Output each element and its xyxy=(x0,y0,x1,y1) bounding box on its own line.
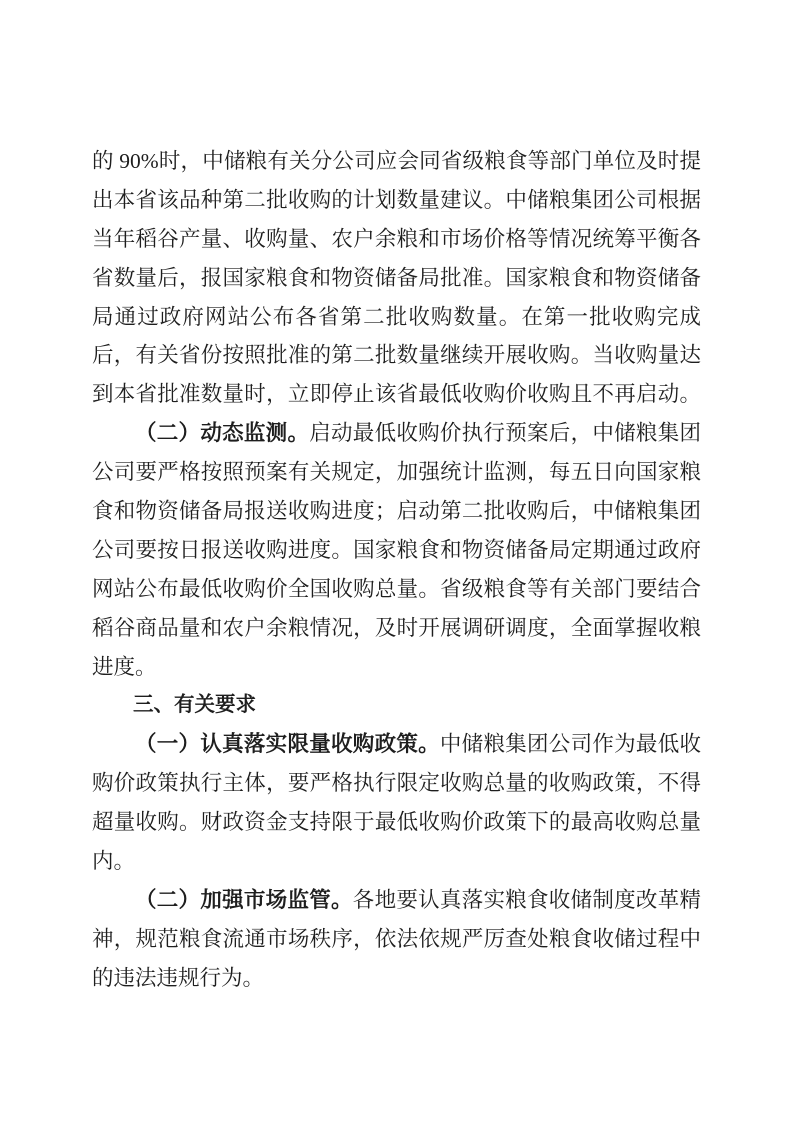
text-line-paragraph-end: 的违法违规行为。 xyxy=(92,959,701,998)
text-line-paragraph-end: 进度。 xyxy=(92,648,701,687)
line-text: 进度。 xyxy=(92,655,157,679)
line-text: 省数量后，报国家粮食和物资储备局批准。国家粮食和物资储备 xyxy=(92,266,701,290)
line-text: 超量收购。财政资金支持限于最低收购价政策下的最高收购总量 xyxy=(92,810,701,834)
text-line: 省数量后，报国家粮食和物资储备局批准。国家粮食和物资储备 xyxy=(92,259,701,298)
line-text: 出本省该品种第二批收购的计划数量建议。中储粮集团公司根据 xyxy=(92,188,701,212)
text-line: 超量收购。财政资金支持限于最低收购价政策下的最高收购总量 xyxy=(92,803,701,842)
line-text: 的 90%时，中储粮有关分公司应会同省级粮食等部门单位及时提 xyxy=(92,149,701,173)
line-text: 到本省批准数量时，立即停止该省最低收购价收购且不再启动。 xyxy=(92,382,701,406)
text-line: 食和物资储备局报送收购进度；启动第二批收购后，中储粮集团 xyxy=(92,492,701,531)
text-line: 局通过政府网站公布各省第二批收购数量。在第一批收购完成 xyxy=(92,298,701,337)
line-text: 公司要按日报送收购进度。国家粮食和物资储备局定期通过政府 xyxy=(92,538,701,562)
line-text: 启动最低收购价执行预案后，中储粮集团 xyxy=(309,421,701,445)
line-text: 稻谷商品量和农户余粮情况，及时开展调研调度，全面掌握收粮 xyxy=(92,616,701,640)
text-line: 公司要按日报送收购进度。国家粮食和物资储备局定期通过政府 xyxy=(92,531,701,570)
text-line: 神，规范粮食流通市场秩序，依法依规严厉查处粮食收储过程中 xyxy=(92,920,701,959)
text-line: 购价政策执行主体，要严格执行限定收购总量的收购政策，不得 xyxy=(92,764,701,803)
line-text: 内。 xyxy=(92,849,135,873)
line-text: 后，有关省份按照批准的第二批数量继续开展收购。当收购量达 xyxy=(92,343,701,367)
line-text: 购价政策执行主体，要严格执行限定收购总量的收购政策，不得 xyxy=(92,771,701,795)
run-in-heading: （二）动态监测。 xyxy=(135,421,309,445)
text-line: 网站公布最低收购价全国收购总量。省级粮食等有关部门要结合 xyxy=(92,570,701,609)
document-text-block: 的 90%时，中储粮有关分公司应会同省级粮食等部门单位及时提 出本省该品种第二批… xyxy=(92,142,701,998)
line-text: 的违法违规行为。 xyxy=(92,966,264,990)
line-text: 局通过政府网站公布各省第二批收购数量。在第一批收购完成 xyxy=(92,305,701,329)
line-text: 中储粮集团公司作为最低收 xyxy=(440,732,701,756)
text-line-paragraph-end: 内。 xyxy=(92,842,701,881)
text-line-paragraph-start: （一）认真落实限量收购政策。中储粮集团公司作为最低收 xyxy=(92,725,701,764)
text-line: 稻谷商品量和农户余粮情况，及时开展调研调度，全面掌握收粮 xyxy=(92,609,701,648)
run-in-heading: （一）认真落实限量收购政策。 xyxy=(135,732,440,756)
section-heading-text: 三、有关要求 xyxy=(133,693,256,716)
text-line-paragraph-start: （二）动态监测。启动最低收购价执行预案后，中储粮集团 xyxy=(92,414,701,453)
section-heading: 三、有关要求 xyxy=(92,686,701,725)
line-text: 当年稻谷产量、收购量、农户余粮和市场价格等情况统筹平衡各 xyxy=(92,227,701,251)
line-text: 各地要认真落实粮食收储制度改革精 xyxy=(353,888,701,912)
text-line: 到本省批准数量时，立即停止该省最低收购价收购且不再启动。 xyxy=(92,375,701,414)
text-line: 出本省该品种第二批收购的计划数量建议。中储粮集团公司根据 xyxy=(92,181,701,220)
text-line: 的 90%时，中储粮有关分公司应会同省级粮食等部门单位及时提 xyxy=(92,142,701,181)
line-text: 神，规范粮食流通市场秩序，依法依规严厉查处粮食收储过程中 xyxy=(92,927,701,951)
text-line: 公司要严格按照预案有关规定，加强统计监测，每五日向国家粮 xyxy=(92,453,701,492)
text-line-paragraph-start: （二）加强市场监管。各地要认真落实粮食收储制度改革精 xyxy=(92,881,701,920)
document-page: 的 90%时，中储粮有关分公司应会同省级粮食等部门单位及时提 出本省该品种第二批… xyxy=(0,0,793,1122)
line-text: 公司要严格按照预案有关规定，加强统计监测，每五日向国家粮 xyxy=(92,460,701,484)
line-text: 网站公布最低收购价全国收购总量。省级粮食等有关部门要结合 xyxy=(92,577,701,601)
text-line: 当年稻谷产量、收购量、农户余粮和市场价格等情况统筹平衡各 xyxy=(92,220,701,259)
line-text: 食和物资储备局报送收购进度；启动第二批收购后，中储粮集团 xyxy=(92,499,701,523)
text-line: 后，有关省份按照批准的第二批数量继续开展收购。当收购量达 xyxy=(92,336,701,375)
run-in-heading: （二）加强市场监管。 xyxy=(135,888,353,912)
